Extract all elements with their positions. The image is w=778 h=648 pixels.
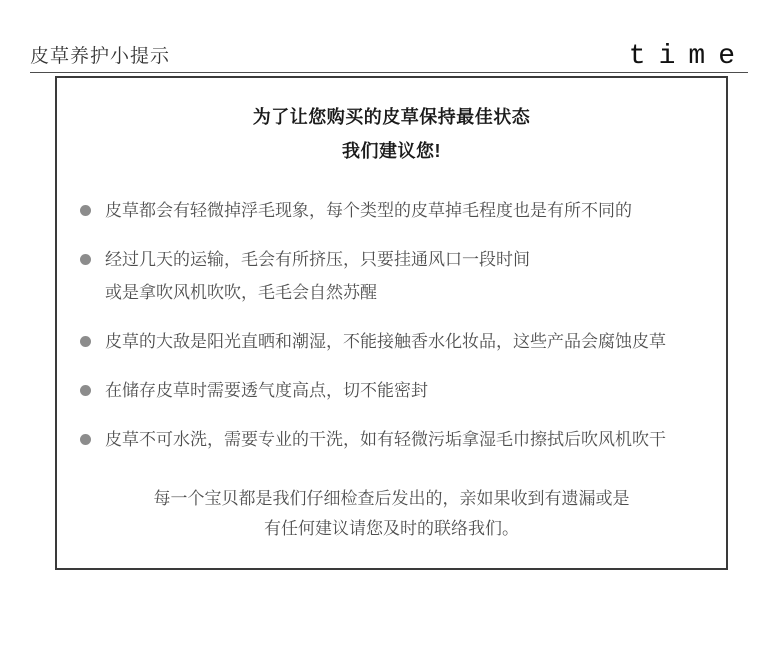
bullet-dot-icon — [80, 385, 91, 396]
tips-list: 皮草都会有轻微掉浮毛现象，每个类型的皮草掉毛程度也是有所不同的 经过几天的运输，… — [57, 194, 726, 456]
header: 皮草养护小提示 time — [30, 40, 748, 73]
tip-text-line: 皮草不可水洗，需要专业的干洗，如有轻微污垢拿湿毛巾擦拭后吹风机吹干 — [105, 423, 696, 456]
bullet-dot-icon — [80, 434, 91, 445]
notice-heading-line1: 为了让您购买的皮草保持最佳状态 — [57, 100, 726, 134]
tip-item: 在储存皮草时需要透气度高点，切不能密封 — [105, 374, 696, 407]
page-title: 皮草养护小提示 — [30, 47, 170, 72]
watermark-text: time — [629, 43, 748, 72]
tip-text-line: 皮草都会有轻微掉浮毛现象，每个类型的皮草掉毛程度也是有所不同的 — [105, 194, 696, 227]
notice-heading-line2: 我们建议您! — [57, 134, 726, 168]
notice-heading: 为了让您购买的皮草保持最佳状态 我们建议您! — [57, 100, 726, 168]
page: 皮草养护小提示 time 为了让您购买的皮草保持最佳状态 我们建议您! 皮草都会… — [0, 0, 778, 648]
tip-lines: 在储存皮草时需要透气度高点，切不能密封 — [105, 374, 696, 407]
tip-lines: 皮草都会有轻微掉浮毛现象，每个类型的皮草掉毛程度也是有所不同的 — [105, 194, 696, 227]
tip-text-line: 皮草的大敌是阳光直晒和潮湿，不能接触香水化妆品，这些产品会腐蚀皮草 — [105, 325, 696, 358]
bullet-dot-icon — [80, 205, 91, 216]
tip-lines: 皮草的大敌是阳光直晒和潮湿，不能接触香水化妆品，这些产品会腐蚀皮草 — [105, 325, 696, 358]
notice-footer: 每一个宝贝都是我们仔细检查后发出的，亲如果收到有遗漏或是 有任何建议请您及时的联… — [57, 484, 726, 544]
notice-footer-line1: 每一个宝贝都是我们仔细检查后发出的，亲如果收到有遗漏或是 — [57, 484, 726, 514]
tip-lines: 皮草不可水洗，需要专业的干洗，如有轻微污垢拿湿毛巾擦拭后吹风机吹干 — [105, 423, 696, 456]
tip-text-line: 或是拿吹风机吹吹，毛毛会自然苏醒 — [105, 276, 696, 309]
tip-text-line: 经过几天的运输，毛会有所挤压，只要挂通风口一段时间 — [105, 243, 696, 276]
tip-lines: 经过几天的运输，毛会有所挤压，只要挂通风口一段时间或是拿吹风机吹吹，毛毛会自然苏… — [105, 243, 696, 309]
notice-card: 为了让您购买的皮草保持最佳状态 我们建议您! 皮草都会有轻微掉浮毛现象，每个类型… — [55, 76, 728, 570]
tip-text-line: 在储存皮草时需要透气度高点，切不能密封 — [105, 374, 696, 407]
tip-item: 皮草不可水洗，需要专业的干洗，如有轻微污垢拿湿毛巾擦拭后吹风机吹干 — [105, 423, 696, 456]
bullet-dot-icon — [80, 254, 91, 265]
notice-footer-line2: 有任何建议请您及时的联络我们。 — [57, 514, 726, 544]
tip-item: 皮草的大敌是阳光直晒和潮湿，不能接触香水化妆品，这些产品会腐蚀皮草 — [105, 325, 696, 358]
tip-item: 皮草都会有轻微掉浮毛现象，每个类型的皮草掉毛程度也是有所不同的 — [105, 194, 696, 227]
bullet-dot-icon — [80, 336, 91, 347]
tip-item: 经过几天的运输，毛会有所挤压，只要挂通风口一段时间或是拿吹风机吹吹，毛毛会自然苏… — [105, 243, 696, 309]
